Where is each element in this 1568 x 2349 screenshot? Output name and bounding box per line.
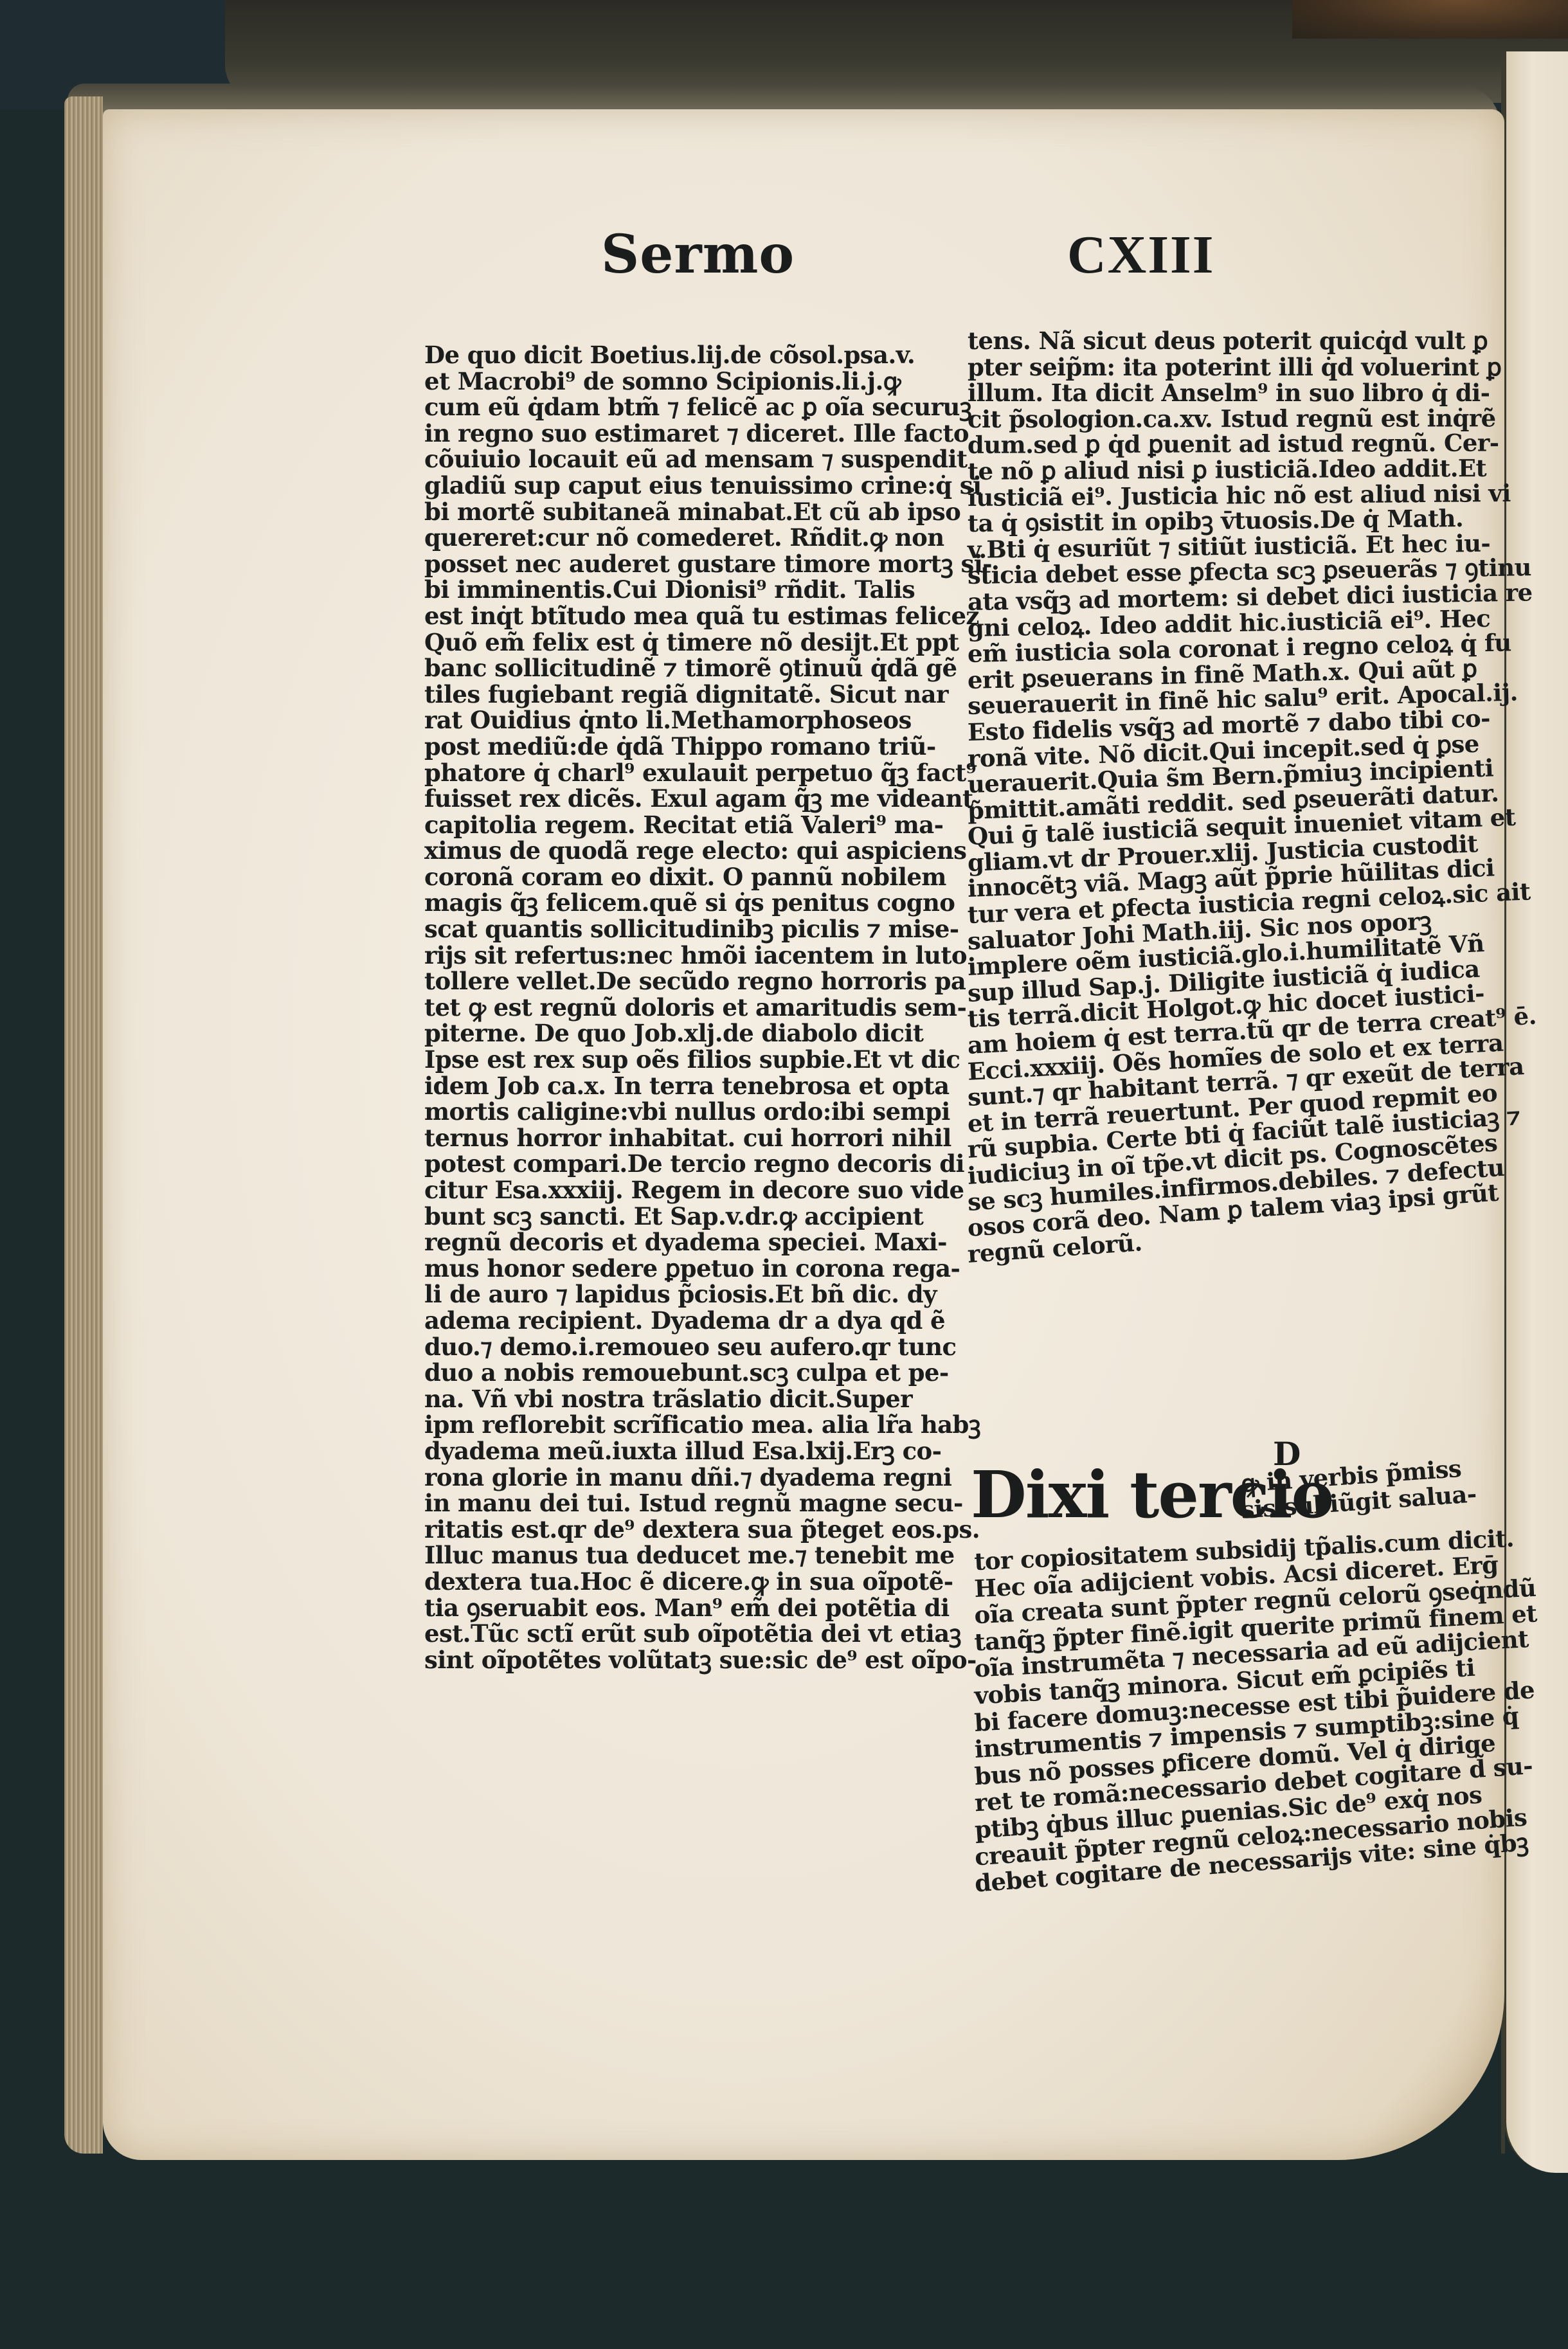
text-line: et Macrobi⁹ de somno Scipionis.li.j.ꝙ xyxy=(424,368,932,395)
text-line: tia ꝯseruabit eos. Man⁹ em̃ dei potẽtia … xyxy=(424,1595,932,1621)
text-line: bi mortẽ subitaneã minabat.Et cũ ab ipso xyxy=(424,499,932,525)
text-line: est inq̇t btĩtudo mea quã tu estimas fel… xyxy=(424,603,932,629)
text-line: sint oĩpotẽtes volũtatꝫ sue:sic de⁹ est … xyxy=(424,1647,932,1673)
text-line: piterne. De quo Job.xlj.de diabolo dicit xyxy=(424,1020,932,1047)
text-line: cit p̃sologion.ca.xv. Istud regnũ est in… xyxy=(968,405,1456,432)
heading-side-text: ꝙ in verbis p̃misssis subiũgit salua- xyxy=(1241,1462,1477,1515)
text-line: cum eũ q̇dam btm̃ ⁊ felicẽ ac ꝑ oĩa secu… xyxy=(424,394,932,420)
text-line: ternus horror inhabitat. cui horrori nih… xyxy=(424,1125,932,1151)
text-line: regnũ decoris et dyadema speciei. Maxi- xyxy=(424,1229,932,1255)
text-column-right-continued: tor copiositatem subsidij tp̃alis.cum di… xyxy=(974,1536,1537,1876)
text-line: idem Job ca.x. In terra tenebrosa et opt… xyxy=(424,1073,932,1099)
text-line: ritatis est.qr de⁹ dextera sua p̃teget e… xyxy=(424,1516,932,1543)
text-line: mus honor sedere ꝑpetuo in corona rega- xyxy=(424,1255,932,1282)
text-line: rijs sit refertus:nec hmõi iacentem in l… xyxy=(424,942,932,969)
text-column-left: De quo dicit Boetius.lij.de cõsol.psa.v.… xyxy=(424,342,932,1673)
text-line: potest compari.De tercio regno decoris d… xyxy=(424,1151,932,1177)
text-line: phatore q̇ charl⁹ exulauit perpetuo q̃ꝫ … xyxy=(424,760,932,786)
text-line: in manu dei tui. Istud regnũ magne secu- xyxy=(424,1490,932,1516)
text-line: dyadema meũ.iuxta illud Esa.lxij.Erꝫ co- xyxy=(424,1438,932,1464)
text-line: pter seip̃m: ita poterint illi q̇d volue… xyxy=(968,354,1456,381)
text-line: dextera tua.Hoc ẽ dicere.ꝙ in sua oĩpotẽ… xyxy=(424,1569,932,1595)
text-line: Ipse est rex sup oẽs filios supbie.Et vt… xyxy=(424,1047,932,1073)
text-line: scat quantis sollicitudinibꝫ picılis ⁊ m… xyxy=(424,916,932,942)
text-line: posset nec auderet gustare timore mortꝫ … xyxy=(424,551,932,577)
text-line: cõuiuio locauit eũ ad mensam ⁊ suspendit xyxy=(424,446,932,473)
page-block-fore-edge xyxy=(64,96,103,2154)
running-title: Sermo xyxy=(601,224,795,285)
text-line: est.Tũc sctĩ erũt sub oĩpotẽtia dei vt e… xyxy=(424,1621,932,1647)
text-line: rona glorie in manu dñi.⁊ dyadema regni xyxy=(424,1464,932,1491)
text-line: post mediũ:de q̇dã Thippo romano triũ- xyxy=(424,733,932,760)
text-line: coronã coram eo dixit. O pannũ nobilem xyxy=(424,864,932,890)
text-line: ipm reflorebit scrĩficatio mea. alia lr̃… xyxy=(424,1412,932,1438)
text-line: bi imminentis.Cui Dionisi⁹ rñdit. Talis xyxy=(424,577,932,603)
text-line: quereret:cur nõ comederet. Rñdit.ꝙ non xyxy=(424,525,932,551)
text-line: magis q̃ꝫ felicem.quẽ si q̇s penitus cog… xyxy=(424,890,932,916)
text-line: fuisset rex dicẽs. Exul agam q̃ꝫ me vide… xyxy=(424,786,932,812)
text-line: tet ꝙ est regnũ doloris et amaritudis se… xyxy=(424,995,932,1021)
text-line: adema recipient. Dyadema dr a dya qd ẽ xyxy=(424,1308,932,1334)
text-line: tollere vellet.De secũdo regno horroris … xyxy=(424,968,932,995)
text-line: rat Ouidius q̇nto li.Methamorphoseos xyxy=(424,707,932,733)
text-line: na. Vñ vbi nostra trãslatio dicit.Super xyxy=(424,1386,932,1412)
text-line: De quo dicit Boetius.lij.de cõsol.psa.v. xyxy=(424,342,932,368)
text-line: tens. Nã sicut deus poterit quicq̇d vult… xyxy=(968,328,1456,354)
text-column-right: tens. Nã sicut deus poterit quicq̇d vult… xyxy=(968,328,1456,1267)
text-line: citur Esa.xxxiij. Regem in decore suo vi… xyxy=(424,1177,932,1203)
running-head: Sermo CXIII xyxy=(0,224,1568,294)
text-line: capitolia regem. Recitat etiã Valeri⁹ ma… xyxy=(424,812,932,838)
text-line: gladiũ sup caput eius tenuissimo crine:q… xyxy=(424,473,932,499)
text-line: illum. Ita dicit Anselm⁹ in suo libro q̇… xyxy=(968,380,1456,406)
folio-number: CXIII xyxy=(1067,224,1214,286)
text-line: tiles fugiebant regiã dignitatẽ. Sicut n… xyxy=(424,681,932,708)
text-line: bunt scꝫ sancti. Et Sap.v.dr.ꝙ accipient xyxy=(424,1203,932,1230)
text-line: ximus de quodã rege electo: qui aspicien… xyxy=(424,838,932,864)
text-line: Illuc manus tua deducet me.⁊ tenebit me xyxy=(424,1542,932,1569)
text-line: mortis caligine:vbi nullus ordo:ibi semp… xyxy=(424,1099,932,1125)
text-line: banc sollicitudinẽ ⁊ timorẽ ꝯtinuũ q̇dã … xyxy=(424,655,932,681)
text-line: Quõ em̃ felix est q̇ timere nõ desijt.Et… xyxy=(424,629,932,656)
book-clasp xyxy=(1292,0,1568,39)
text-line: in regno suo estimaret ⁊ diceret. Ille f… xyxy=(424,420,932,447)
text-line: duo.⁊ demo.i.remoueo seu aufero.qr tunc xyxy=(424,1334,932,1360)
text-line: duo a nobis remouebunt.scꝫ culpa et pe- xyxy=(424,1360,932,1386)
text-line: li de auro ⁊ lapidus p̃ciosis.Et bñ dic.… xyxy=(424,1281,932,1308)
